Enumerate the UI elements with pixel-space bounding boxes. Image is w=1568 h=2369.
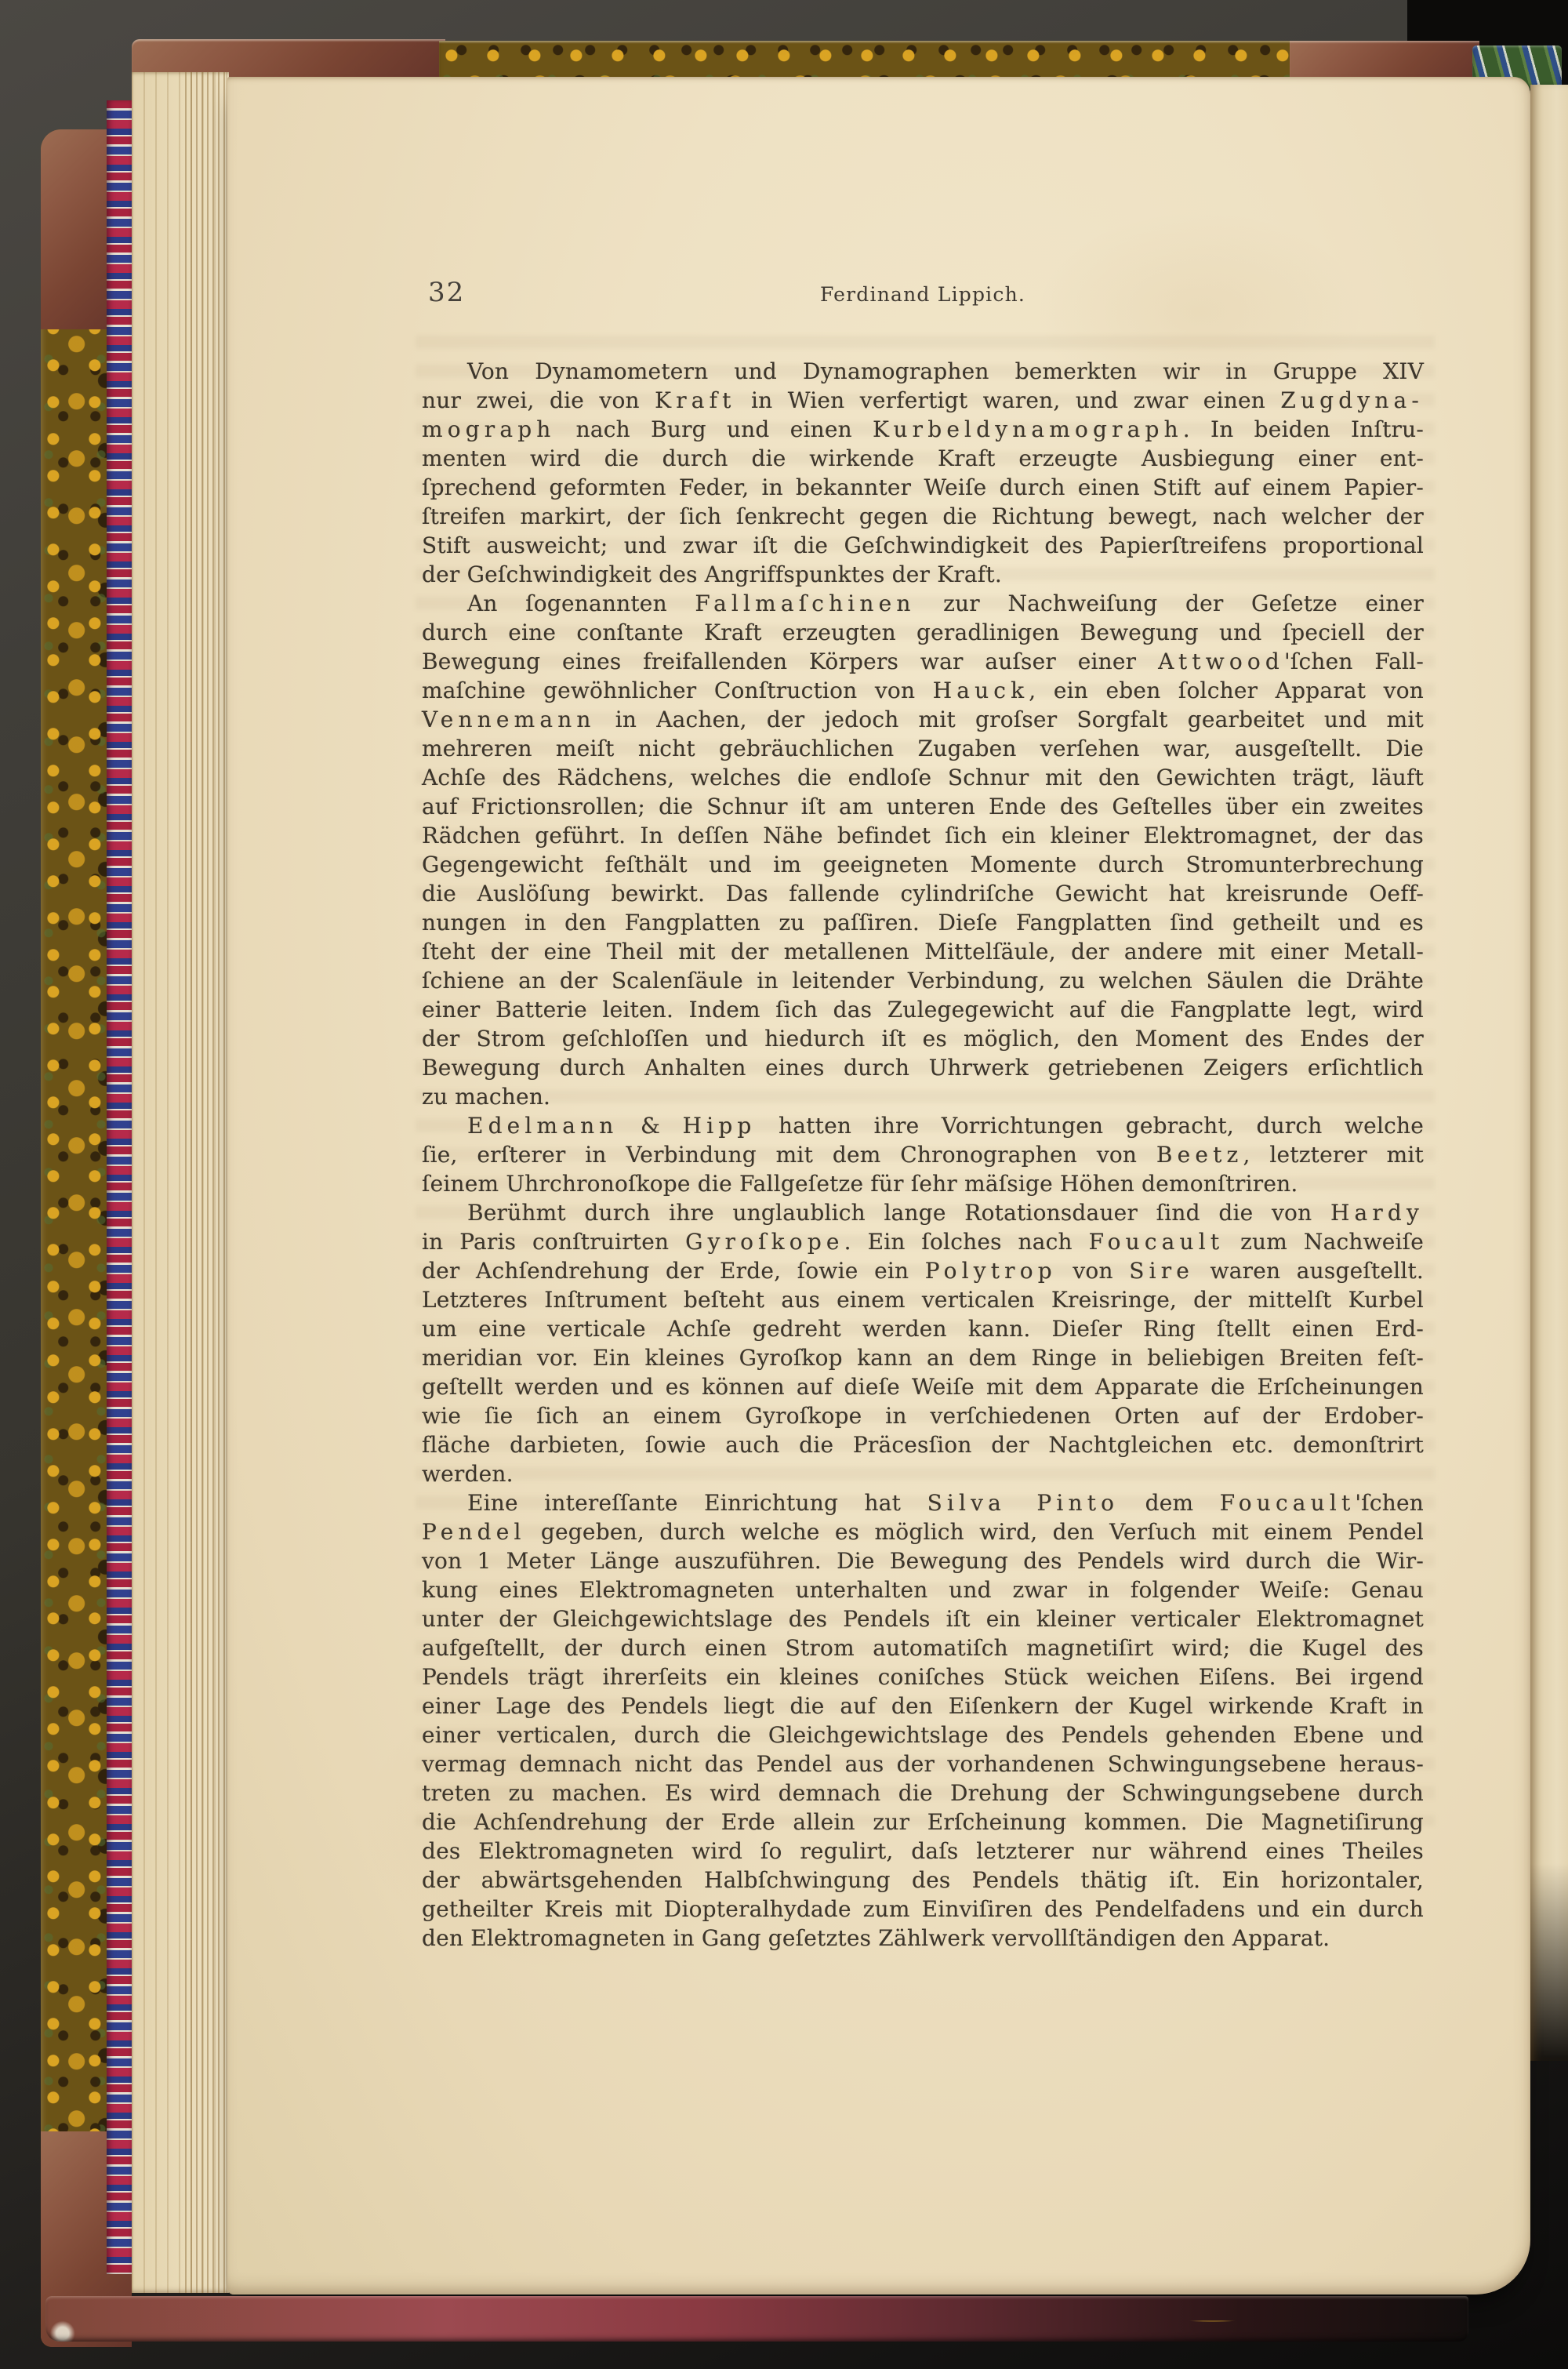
text-line: der Strom geſchloſſen und hiedurch iſt e…	[422, 1024, 1424, 1053]
text-line: nur zwei, die von Kraft in Wien verferti…	[422, 386, 1424, 415]
text-line: ſtreifen markirt, der ſich ſenkrecht geg…	[422, 502, 1424, 531]
text-body: Von Dynamometern und Dynamographen bemer…	[422, 357, 1424, 1953]
text-line: ſeinem Uhrchronoſkope die Fallgeſetze fü…	[422, 1169, 1424, 1198]
text-line: um eine verticale Achſe gedreht werden k…	[422, 1314, 1424, 1343]
text-line: Vennemann in Aachen, der jedoch mit groſ…	[422, 705, 1424, 734]
text-line: kung eines Elektromagneten unterhalten u…	[422, 1575, 1424, 1604]
text-line: Eine intereſſante Einrichtung hat Silva …	[422, 1488, 1424, 1517]
text-line: Von Dynamometern und Dynamographen bemer…	[422, 357, 1424, 386]
text-line: Bewegung eines freifallenden Körpers war…	[422, 647, 1424, 676]
page-header: 32 Ferdinand Lippich.	[422, 277, 1424, 314]
stacked-page-edges	[132, 72, 229, 2293]
photo-background: 32 Ferdinand Lippich. Von Dynamometern u…	[0, 0, 1568, 2369]
text-line: ſteht der eine Theil mit der metallenen …	[422, 937, 1424, 966]
text-line: ſchiene an der Scalenſäule in leitender …	[422, 966, 1424, 995]
page-edge-lines	[185, 72, 229, 2293]
text-line: mograph nach Burg und einen Kurbeldynamo…	[422, 415, 1424, 444]
text-line: auf Frictionsrollen; die Schnur iſt am u…	[422, 792, 1424, 821]
text-line: Edelmann & Hipp hatten ihre Vorrichtunge…	[422, 1111, 1424, 1140]
text-line: Berühmt durch ihre unglaublich lange Rot…	[422, 1198, 1424, 1227]
text-line: treten zu machen. Es wird demnach die Dr…	[422, 1779, 1424, 1808]
text-line: des Elektromagneten wird ſo regulirt, da…	[422, 1837, 1424, 1866]
text-line: der Achſendrehung der Erde, ſowie ein Po…	[422, 1256, 1424, 1285]
text-line: Letzteres Inſtrument beſteht aus einem v…	[422, 1285, 1424, 1314]
text-line: einer verticalen, durch die Gleichgewich…	[422, 1720, 1424, 1749]
text-line: von 1 Meter Länge auszuführen. Die Beweg…	[422, 1546, 1424, 1575]
text-line: aufgeſtellt, der durch einen Strom autom…	[422, 1633, 1424, 1662]
text-line: die Achſendrehung der Erde allein zur Er…	[422, 1808, 1424, 1837]
text-line: den Elektromagneten in Gang geſetztes Zä…	[422, 1924, 1424, 1953]
running-title: Ferdinand Lippich.	[422, 283, 1424, 306]
text-line: Rädchen geführt. In deſſen Nähe befindet…	[422, 821, 1424, 850]
text-line: menten wird die durch die wirkende Kraft…	[422, 444, 1424, 473]
text-line: Achſe des Rädchens, welches die endloſe …	[422, 763, 1424, 792]
text-line: die Auslöſung bewirkt. Das fallende cyli…	[422, 879, 1424, 908]
text-line: An ſogenannten Fallmaſchinen zur Nachwei…	[422, 589, 1424, 618]
text-line: getheilter Kreis mit Diopteralhydade zum…	[422, 1895, 1424, 1924]
text-line: einer Lage des Pendels liegt die auf den…	[422, 1691, 1424, 1720]
page-content: 32 Ferdinand Lippich. Von Dynamometern u…	[422, 277, 1424, 1953]
text-line: Pendel gegeben, durch welche es möglich …	[422, 1517, 1424, 1546]
text-line: wie ſie ſich an einem Gyroſkope in verſc…	[422, 1401, 1424, 1430]
text-line: meridian vor. Ein kleines Gyroſkop kann …	[422, 1343, 1424, 1372]
text-line: einer Batterie leiten. Indem ſich das Zu…	[422, 995, 1424, 1024]
text-line: ſprechend geformten Feder, in bekannter …	[422, 473, 1424, 502]
book-page: 32 Ferdinand Lippich. Von Dynamometern u…	[227, 77, 1530, 2295]
text-line: geſtellt werden und es können auf dieſe …	[422, 1372, 1424, 1401]
text-line: der Geſchwindigkeit des Angriffspunktes …	[422, 560, 1424, 589]
page-gutter	[1530, 85, 1568, 2061]
text-line: ſie, erſterer in Verbindung mit dem Chro…	[422, 1140, 1424, 1169]
text-line: unter der Gleichgewichtslage des Pendels…	[422, 1604, 1424, 1633]
text-line: zu machen.	[422, 1082, 1424, 1111]
text-line: durch eine conſtante Kraft erzeugten ger…	[422, 618, 1424, 647]
text-line: Pendels trägt ihrerſeits ein kleines con…	[422, 1662, 1424, 1691]
text-line: fläche darbieten, ſowie auch die Präcesſ…	[422, 1430, 1424, 1459]
marbled-fore-edge	[107, 100, 133, 2274]
text-line: Gegengewicht feſthält und im geeigneten …	[422, 850, 1424, 879]
text-line: nungen in den Fangplatten zu paſſiren. D…	[422, 908, 1424, 937]
text-line: maſchine gewöhnlicher Conſtruction von H…	[422, 676, 1424, 705]
text-line: in Paris conſtruirten Gyroſkope. Ein ſol…	[422, 1227, 1424, 1256]
book-bottom-edge	[45, 2296, 1468, 2342]
text-line: der abwärtsgehenden Halbſchwingung des P…	[422, 1866, 1424, 1895]
text-line: Stift ausweicht; und zwar iſt die Geſchw…	[422, 531, 1424, 560]
text-line: werden.	[422, 1459, 1424, 1488]
text-line: Bewegung durch Anhalten eines durch Uhrw…	[422, 1053, 1424, 1082]
text-line: mehreren meiſt nicht gebräuchlichen Zuga…	[422, 734, 1424, 763]
text-line: vermag demnach nicht das Pendel aus der …	[422, 1749, 1424, 1779]
